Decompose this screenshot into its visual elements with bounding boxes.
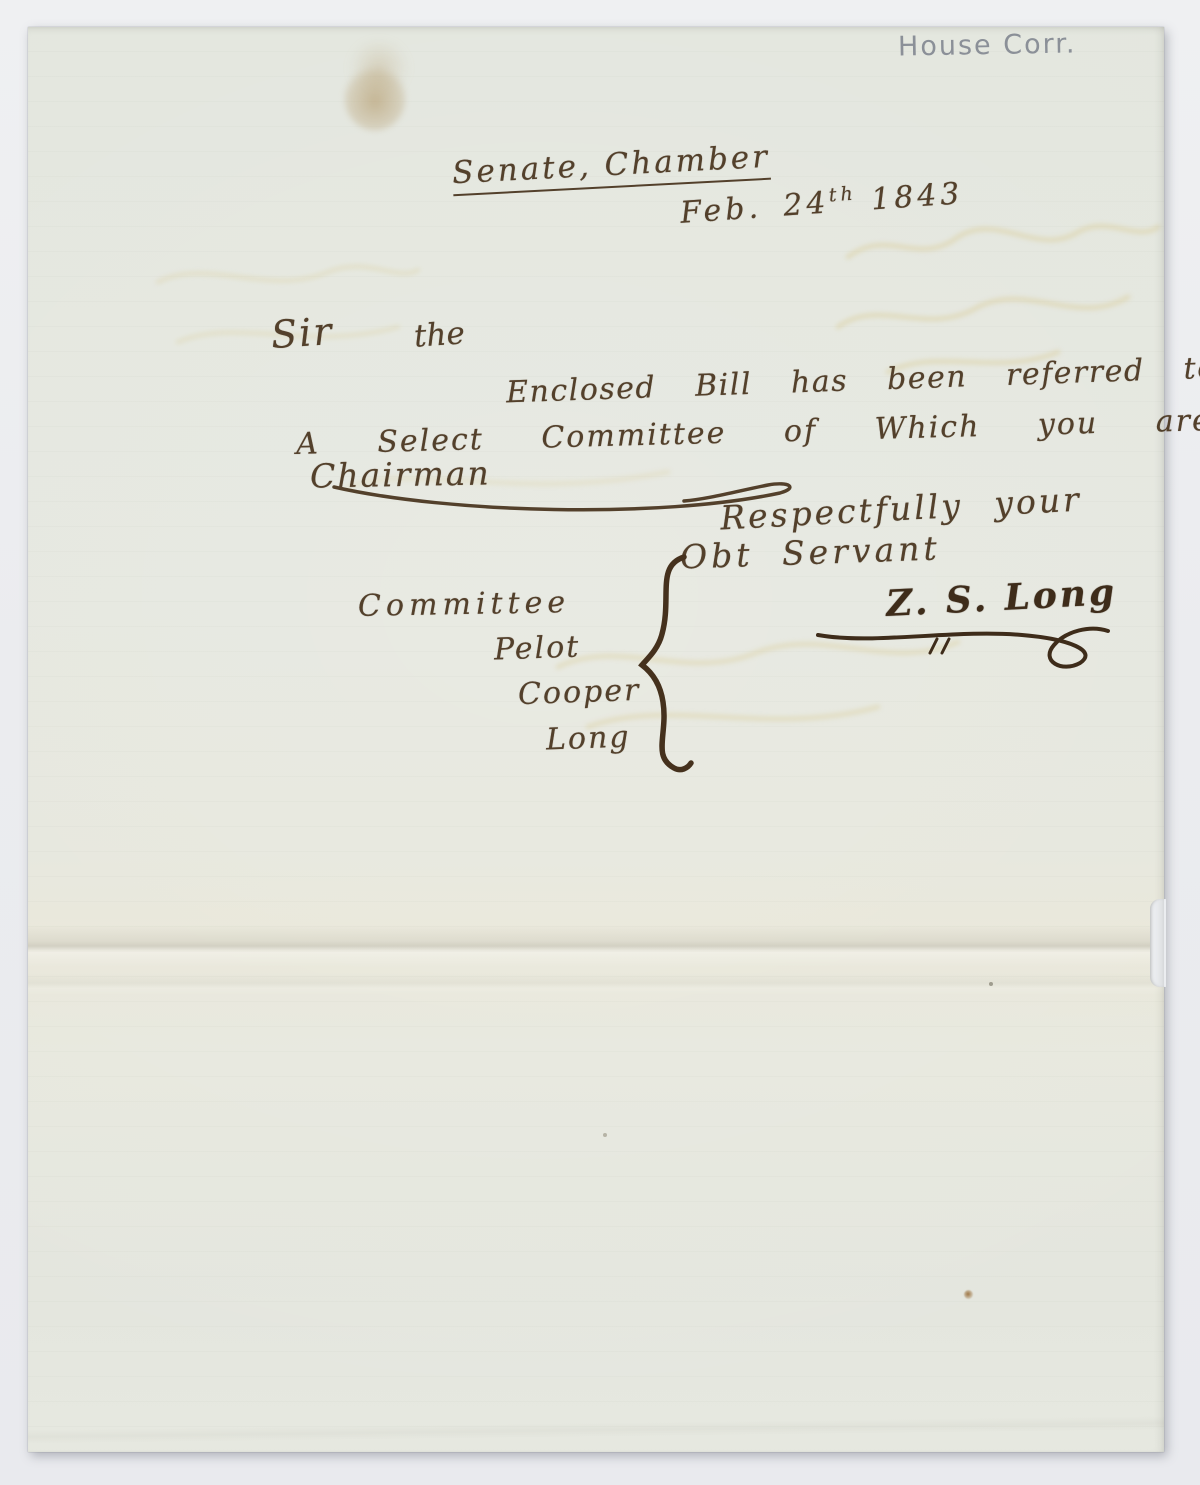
letter-paper: House Corr. Senate, Chamber Feb. 24th184… <box>28 27 1164 1452</box>
heading-place-text: Senate, Chamber <box>451 139 771 197</box>
committee-member: Long <box>545 720 631 758</box>
salutation-lead: the <box>413 315 466 354</box>
body-line-1: Enclosed Bill has been referred to <box>506 351 1200 411</box>
signature-flourish <box>814 611 1114 671</box>
ink-stain-halo <box>346 41 412 95</box>
committee-member: Cooper <box>517 673 641 712</box>
committee-brace <box>630 552 704 782</box>
ink-stain <box>344 65 406 131</box>
fold-crease <box>28 925 1164 967</box>
paper-edge-notch <box>1150 899 1166 987</box>
paper-speck <box>989 982 993 986</box>
date-ordinal: th <box>828 183 857 207</box>
salutation: Sir <box>270 309 335 357</box>
body-line-2: A Select Committee of Which you are <box>296 403 1200 462</box>
scan-background: House Corr. Senate, Chamber Feb. 24th184… <box>0 0 1200 1485</box>
heading-place: Senate, Chamber <box>451 139 771 192</box>
date-year: 1843 <box>870 176 965 217</box>
date-day: Feb. 24 <box>679 186 830 231</box>
bottom-crease <box>28 1416 1164 1444</box>
committee-label: Committee <box>358 585 571 624</box>
committee-member: Pelot <box>493 630 580 668</box>
archival-note: House Corr. <box>898 28 1077 62</box>
closing-line-2: Obt Servant <box>679 528 941 576</box>
fold-crease-secondary <box>28 973 1164 995</box>
heading-date: Feb. 24th1843 <box>679 175 964 231</box>
paper-spot <box>964 1290 973 1299</box>
paper-speck <box>603 1133 607 1137</box>
